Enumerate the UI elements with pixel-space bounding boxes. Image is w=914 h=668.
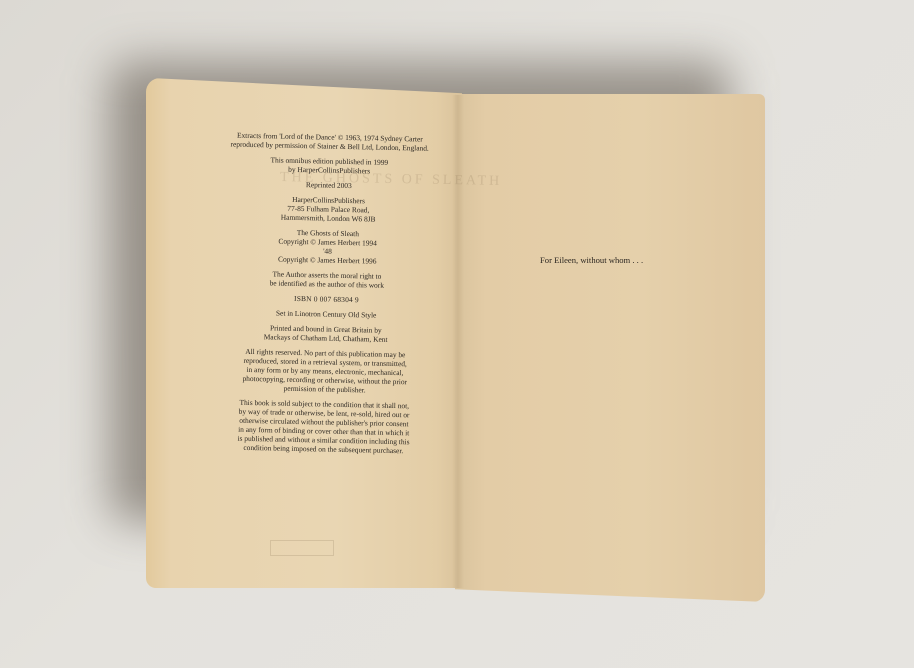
moral-rights: The Author asserts the moral right to be… [202,268,452,291]
typeset-info: Set in Linotron Century Old Style [201,307,451,321]
copyright-info: The Ghosts of Sleath Copyright © James H… [202,226,453,267]
condition-notice: This book is sold subject to the conditi… [198,397,449,456]
edition-info: This omnibus edition published in 1999 b… [204,154,454,177]
dedication: For Eileen, without whom . . . [540,255,643,265]
publisher-address: HarperCollinsPublishers 77-85 Fulham Pal… [203,193,454,225]
reprint-info: Reprinted 2003 [204,178,454,192]
show-through-logo [270,540,334,556]
printer-info: Printed and bound in Great Britain by Ma… [201,322,451,345]
right-page [455,94,765,602]
rights-notice: All rights reserved. No part of this pub… [200,346,451,396]
copyright-imprint: Extracts from 'Lord of the Dance' © 1963… [198,130,455,462]
isbn: ISBN 0 007 68304 9 [201,292,451,306]
